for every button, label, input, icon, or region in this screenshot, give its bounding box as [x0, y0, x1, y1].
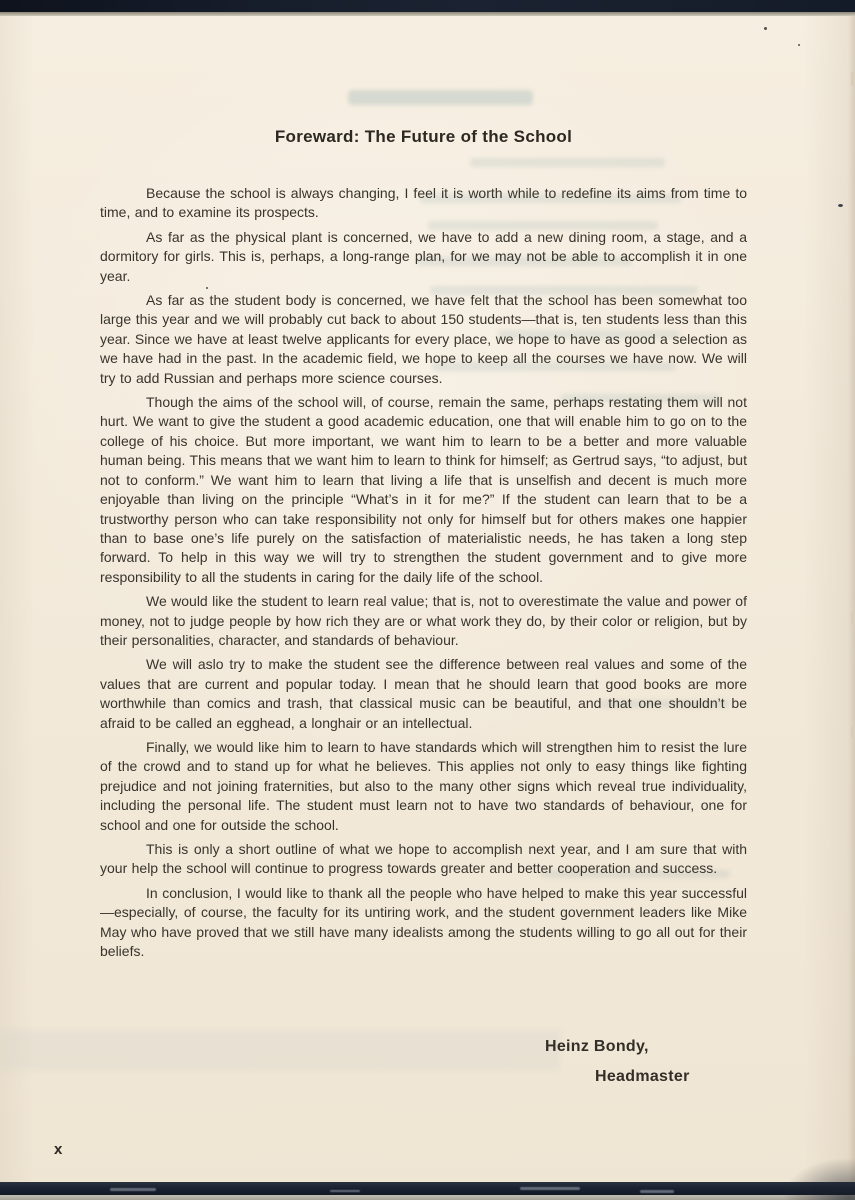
binding-scuff [330, 1190, 360, 1192]
binding-scuff [640, 1190, 674, 1193]
bottom-page-edge [0, 1195, 855, 1200]
corner-smudge [773, 1152, 855, 1200]
book-binding-top [0, 0, 855, 12]
binding-scuff [520, 1187, 580, 1190]
page-edge-nub [851, 72, 855, 86]
signature-block: Heinz Bondy, Headmaster [545, 1038, 690, 1086]
scanned-yearbook-page: Foreward: The Future of the School Becau… [0, 0, 855, 1200]
paragraph: Because the school is always changing, I… [100, 184, 747, 223]
signature-name: Heinz Bondy, [545, 1038, 690, 1056]
paper-speck [764, 27, 767, 30]
show-through-smudge [470, 158, 665, 167]
paper-speck [838, 204, 843, 207]
paragraph: Though the aims of the school will, of c… [100, 393, 747, 587]
show-through-smudge [348, 90, 533, 105]
paragraph: We would like the student to learn real … [100, 592, 747, 650]
page-number: x [54, 1141, 62, 1158]
paragraph: Finally, we would like him to learn to h… [100, 738, 747, 835]
paragraph: We will aslo try to make the student see… [100, 655, 747, 733]
binding-top-highlight [0, 12, 855, 16]
paragraph: As far as the student body is concerned,… [100, 291, 747, 388]
paragraph: As far as the physical plant is concerne… [100, 228, 747, 286]
paper-speck [798, 44, 800, 46]
binding-scuff [110, 1188, 156, 1191]
scanner-light-band [0, 1030, 560, 1070]
page-title: Foreward: The Future of the School [100, 127, 747, 147]
paragraph: In conclusion, I would like to thank all… [100, 884, 747, 962]
foreword-body: Because the school is always changing, I… [100, 184, 747, 966]
paragraph: This is only a short outline of what we … [100, 840, 747, 879]
page-edge-nub [851, 726, 855, 738]
page-right-edge [848, 14, 855, 1182]
book-binding-bottom [0, 1182, 855, 1195]
signature-role: Headmaster [595, 1068, 690, 1086]
paper-speck [206, 287, 208, 289]
page-edge-nub [851, 612, 855, 624]
